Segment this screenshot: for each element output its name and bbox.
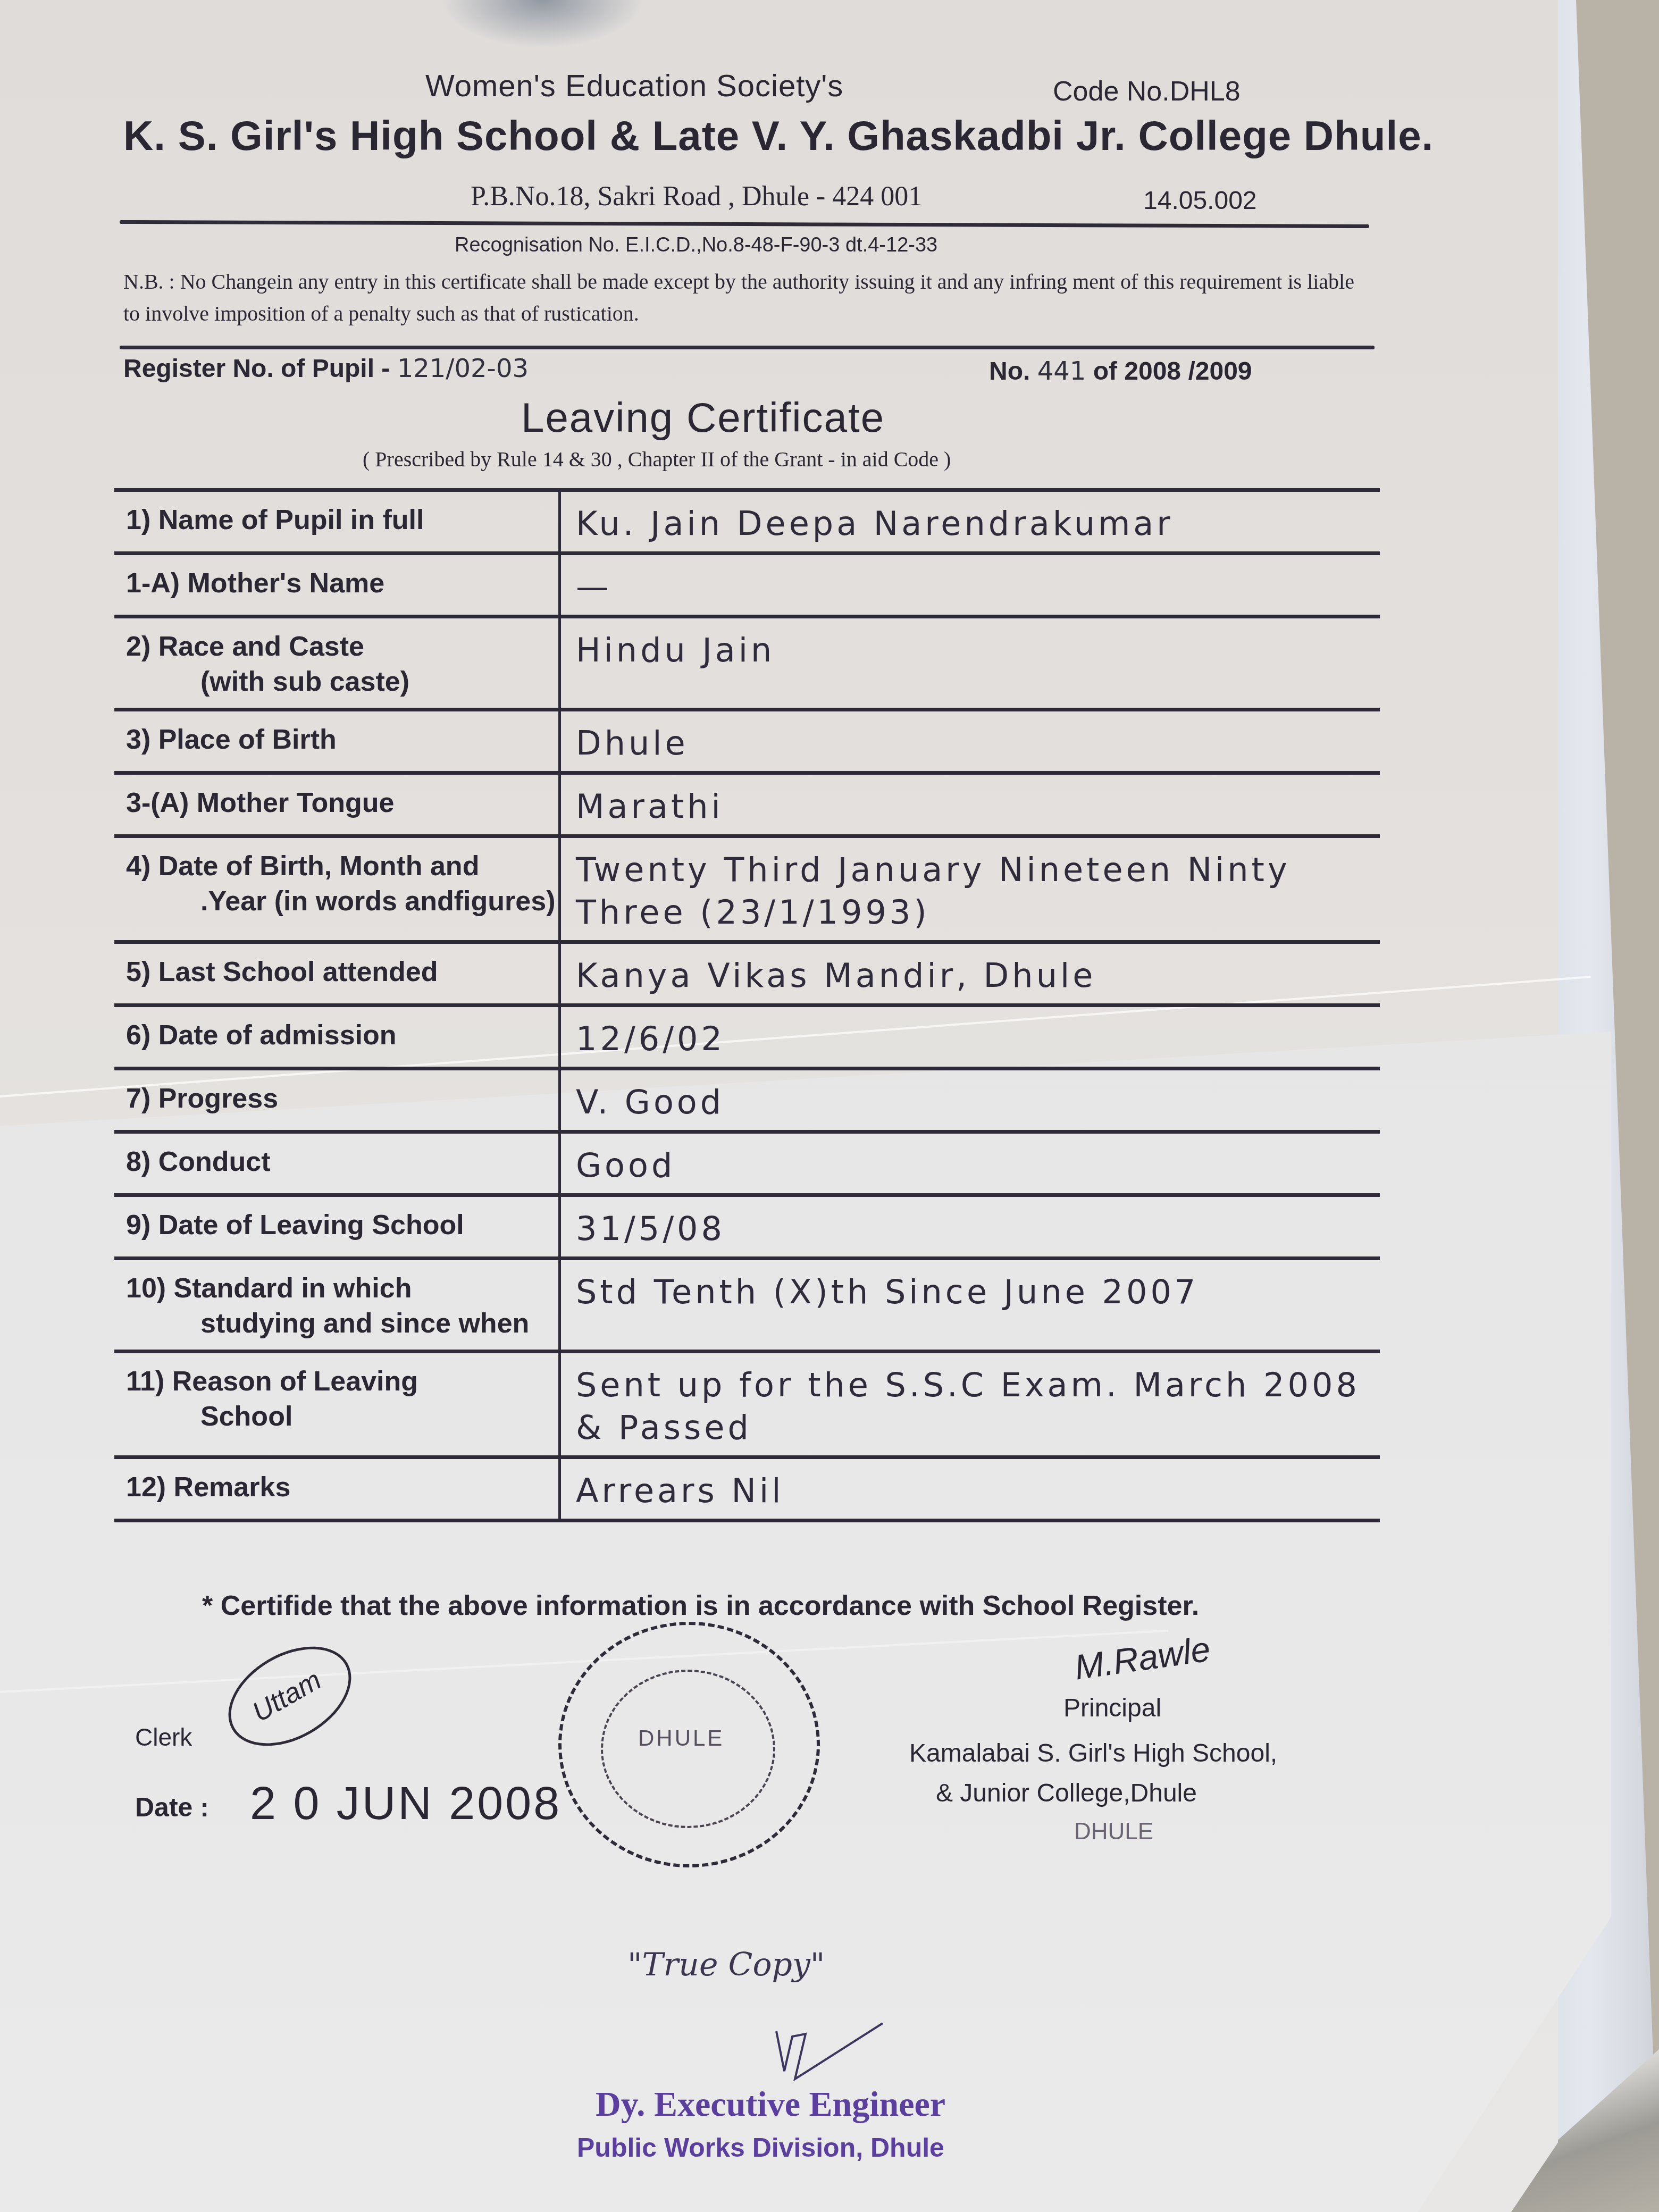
field-value: Std Tenth (X)th Since June 2007 [561, 1260, 1380, 1350]
society-name: Women's Education Society's [425, 68, 843, 104]
certificate-number-label: No. [989, 357, 1030, 386]
table-row: 12) RemarksArrears Nil [114, 1459, 1380, 1522]
true-copy-note: "True Copy" [627, 1946, 825, 1983]
table-row: 2) Race and Caste(with sub caste)Hindu J… [114, 618, 1380, 711]
field-label-line: 9) Date of Leaving School [126, 1208, 558, 1243]
date-stamp: 2 0 JUN 2008 [250, 1776, 562, 1830]
clerk-label: Clerk [135, 1723, 192, 1752]
recognition-number: Recognisation No. E.I.C.D.,No.8-48-F-90-… [455, 234, 937, 257]
principal-label: Principal [1063, 1694, 1161, 1723]
field-label: 2) Race and Caste(with sub caste) [114, 618, 561, 708]
table-row: 4) Date of Birth, Month and.Year (in wor… [114, 838, 1380, 944]
academic-year: of 2008 /2009 [1093, 357, 1252, 386]
principal-stamp-college: & Junior College,Dhule [936, 1779, 1197, 1808]
field-value: Hindu Jain [561, 618, 1380, 708]
certificate-number: No. 441 of 2008 /2009 [989, 356, 1252, 386]
nb-note: N.B. : No Changein any entry in this cer… [123, 266, 1362, 330]
field-label-line: 10) Standard in which [126, 1271, 558, 1306]
field-label-line: 7) Progress [126, 1081, 558, 1116]
field-value: Ku. Jain Deepa Narendrakumar [561, 492, 1380, 551]
field-label: 12) Remarks [114, 1459, 561, 1519]
field-label-line: 6) Date of admission [126, 1018, 558, 1053]
field-label: 6) Date of admission [114, 1007, 561, 1067]
field-label: 3) Place of Birth [114, 711, 561, 771]
field-value: Twenty Third January Nineteen Ninty Thre… [561, 838, 1380, 940]
field-label: 8) Conduct [114, 1134, 561, 1193]
field-value: 12/6/02 [561, 1007, 1380, 1067]
field-label-line: .Year (in words andfigures) [126, 884, 558, 919]
certificate-table: 1) Name of Pupil in fullKu. Jain Deepa N… [114, 488, 1380, 1522]
field-label-line: 1) Name of Pupil in full [126, 502, 558, 538]
table-row: 1-A) Mother's Name— [114, 555, 1380, 618]
register-label: Register No. of Pupil - [123, 355, 397, 383]
table-row: 5) Last School attendedKanya Vikas Mandi… [114, 944, 1380, 1007]
engineer-signature-icon [771, 2021, 888, 2084]
attesting-officer-title: Dy. Executive Engineer [596, 2084, 945, 2125]
field-label-line: 2) Race and Caste [126, 629, 558, 664]
certificate-number-value: 441 [1037, 356, 1086, 386]
field-label: 1-A) Mother's Name [114, 555, 561, 615]
field-label-line: 3) Place of Birth [126, 722, 558, 757]
register-number: Register No. of Pupil - 121/02-03 [123, 354, 529, 383]
school-name: K. S. Girl's High School & Late V. Y. Gh… [123, 112, 1434, 160]
code-number: Code No.DHL8 [1053, 76, 1241, 107]
table-row: 10) Standard in whichstudying and since … [114, 1260, 1380, 1353]
field-label-line: 12) Remarks [126, 1470, 558, 1505]
school-code: 14.05.002 [1143, 186, 1257, 215]
field-label: 11) Reason of LeavingSchool [114, 1353, 561, 1455]
table-row: 7) ProgressV. Good [114, 1070, 1380, 1134]
register-value: 121/02-03 [397, 354, 529, 383]
field-label: 9) Date of Leaving School [114, 1197, 561, 1256]
document-title: Leaving Certificate [521, 393, 885, 442]
field-value: Sent up for the S.S.C Exam. March 2008 &… [561, 1353, 1380, 1455]
date-label: Date : [135, 1792, 209, 1823]
field-label-line: studying and since when [126, 1306, 558, 1341]
field-label-line: School [126, 1399, 558, 1434]
principal-stamp-city: DHULE [1074, 1819, 1153, 1845]
divider [120, 346, 1375, 349]
field-value: Marathi [561, 775, 1380, 834]
field-label: 5) Last School attended [114, 944, 561, 1003]
table-row: 6) Date of admission12/6/02 [114, 1007, 1380, 1070]
field-value: 31/5/08 [561, 1197, 1380, 1256]
field-value: V. Good [561, 1070, 1380, 1130]
field-label: 1) Name of Pupil in full [114, 492, 561, 551]
table-row: 1) Name of Pupil in fullKu. Jain Deepa N… [114, 488, 1380, 555]
field-value: Good [561, 1134, 1380, 1193]
certification-statement: * Certifide that the above information i… [202, 1590, 1199, 1622]
field-label: 3-(A) Mother Tongue [114, 775, 561, 834]
field-label: 10) Standard in whichstudying and since … [114, 1260, 561, 1350]
field-label-line: (with sub caste) [126, 664, 558, 699]
table-row: 3-(A) Mother TongueMarathi [114, 775, 1380, 838]
field-label: 7) Progress [114, 1070, 561, 1130]
shadow [441, 0, 643, 48]
field-value: Dhule [561, 711, 1380, 771]
school-address: P.B.No.18, Sakri Road , Dhule - 424 001 [471, 181, 922, 212]
field-label: 4) Date of Birth, Month and.Year (in wor… [114, 838, 561, 940]
table-row: 11) Reason of LeavingSchoolSent up for t… [114, 1353, 1380, 1459]
principal-stamp-school: Kamalabai S. Girl's High School, [909, 1739, 1277, 1768]
field-label-line: 8) Conduct [126, 1144, 558, 1179]
field-label-line: 3-(A) Mother Tongue [126, 785, 558, 820]
field-value: Kanya Vikas Mandir, Dhule [561, 944, 1380, 1003]
document-subtitle: ( Prescribed by Rule 14 & 30 , Chapter I… [363, 447, 951, 472]
table-row: 8) ConductGood [114, 1134, 1380, 1197]
field-label-line: 1-A) Mother's Name [126, 566, 558, 601]
field-label-line: 5) Last School attended [126, 954, 558, 990]
school-seal-text: DHULE [638, 1725, 724, 1751]
attesting-officer-division: Public Works Division, Dhule [577, 2132, 944, 2163]
field-label-line: 4) Date of Birth, Month and [126, 849, 558, 884]
table-row: 9) Date of Leaving School31/5/08 [114, 1197, 1380, 1260]
table-row: 3) Place of BirthDhule [114, 711, 1380, 775]
field-label-line: 11) Reason of Leaving [126, 1364, 558, 1399]
field-value: — [561, 555, 1380, 615]
field-value: Arrears Nil [561, 1459, 1380, 1519]
